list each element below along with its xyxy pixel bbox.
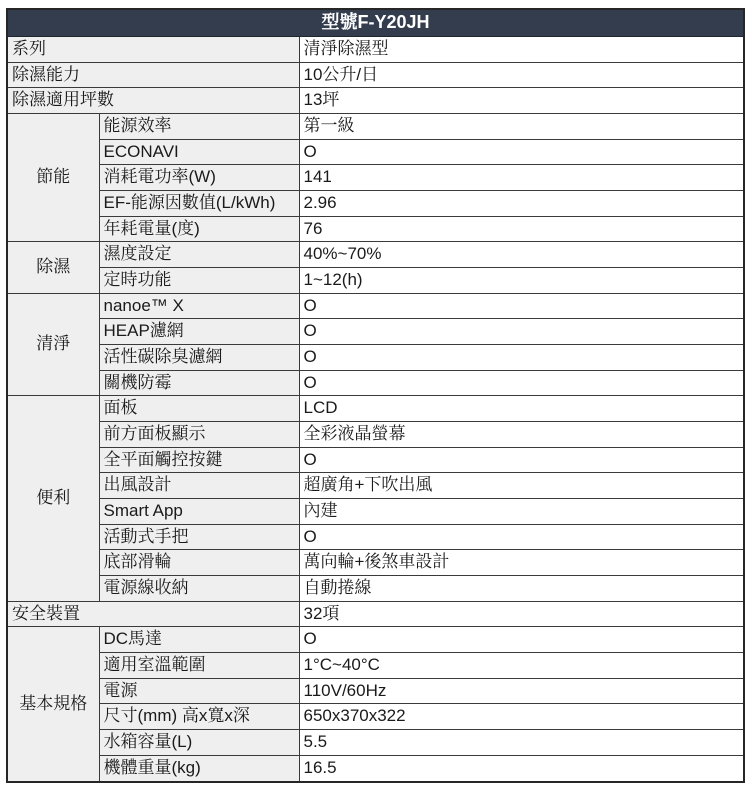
table-row: 水箱容量(L)5.5 (7, 730, 744, 756)
spec-value: 141 (299, 165, 744, 191)
spec-label: 年耗電量(度) (99, 216, 299, 242)
table-row: 適用室溫範圍1°C~40°C (7, 653, 744, 679)
spec-value: 650x370x322 (299, 704, 744, 730)
table-title: 型號F-Y20JH (7, 9, 744, 37)
table-row: 活性碳除臭濾網O (7, 345, 744, 371)
table-row: 關機防霉O (7, 370, 744, 396)
table-row: 定時功能1~12(h) (7, 268, 744, 294)
spec-value: O (299, 139, 744, 165)
table-row: 安全裝置32項 (7, 601, 744, 627)
table-row: EF-能源因數值(L/kWh)2.96 (7, 191, 744, 217)
spec-value: 16.5 (299, 755, 744, 782)
spec-label: 除濕能力 (7, 62, 299, 88)
group-label: 節能 (7, 114, 99, 242)
table-row: 電源110V/60Hz (7, 678, 744, 704)
spec-label: 出風設計 (99, 473, 299, 499)
spec-value: O (299, 524, 744, 550)
spec-value: O (299, 627, 744, 653)
spec-value: 110V/60Hz (299, 678, 744, 704)
spec-value: 5.5 (299, 730, 744, 756)
table-row: 活動式手把O (7, 524, 744, 550)
spec-label: 電源 (99, 678, 299, 704)
table-row: 機體重量(kg)16.5 (7, 755, 744, 782)
table-row: 便利面板LCD (7, 396, 744, 422)
spec-value: O (299, 447, 744, 473)
table-row: ECONAVIO (7, 139, 744, 165)
spec-value: 10公升/日 (299, 62, 744, 88)
spec-value: 40%~70% (299, 242, 744, 268)
spec-label: Smart App (99, 499, 299, 525)
spec-label: 電源線收納 (99, 576, 299, 602)
spec-label: 活性碳除臭濾網 (99, 345, 299, 371)
table-row: HEAP濾網O (7, 319, 744, 345)
spec-label: EF-能源因數值(L/kWh) (99, 191, 299, 217)
spec-label: nanoe™ X (99, 293, 299, 319)
spec-label: 機體重量(kg) (99, 755, 299, 782)
spec-value: 全彩液晶螢幕 (299, 422, 744, 448)
spec-label: 消耗電功率(W) (99, 165, 299, 191)
spec-value: O (299, 293, 744, 319)
table-row: 前方面板顯示全彩液晶螢幕 (7, 422, 744, 448)
spec-value: 超廣角+下吹出風 (299, 473, 744, 499)
spec-label: 定時功能 (99, 268, 299, 294)
spec-label: 系列 (7, 37, 299, 63)
spec-label: HEAP濾網 (99, 319, 299, 345)
table-row: 出風設計超廣角+下吹出風 (7, 473, 744, 499)
spec-value: 自動捲線 (299, 576, 744, 602)
table-row: 全平面觸控按鍵O (7, 447, 744, 473)
spec-value: 32項 (299, 601, 744, 627)
spec-table-body: 系列清淨除濕型除濕能力10公升/日除濕適用坪數13坪節能能源效率第一級ECONA… (7, 37, 744, 783)
table-row: 基本規格DC馬達O (7, 627, 744, 653)
spec-value: 1~12(h) (299, 268, 744, 294)
spec-label: 面板 (99, 396, 299, 422)
spec-value: O (299, 319, 744, 345)
table-row: 尺寸(mm) 高x寬x深650x370x322 (7, 704, 744, 730)
spec-label: 除濕適用坪數 (7, 88, 299, 114)
spec-value: 萬向輪+後煞車設計 (299, 550, 744, 576)
group-label: 基本規格 (7, 627, 99, 782)
table-row: 消耗電功率(W)141 (7, 165, 744, 191)
spec-label: 活動式手把 (99, 524, 299, 550)
spec-label: 尺寸(mm) 高x寬x深 (99, 704, 299, 730)
table-row: 節能能源效率第一級 (7, 114, 744, 140)
table-header-row: 型號F-Y20JH (7, 9, 744, 37)
spec-value: 內建 (299, 499, 744, 525)
spec-label: DC馬達 (99, 627, 299, 653)
spec-value: O (299, 345, 744, 371)
spec-label: 濕度設定 (99, 242, 299, 268)
spec-label: 安全裝置 (7, 601, 299, 627)
spec-label: 底部滑輪 (99, 550, 299, 576)
table-row: 系列清淨除濕型 (7, 37, 744, 63)
spec-label: ECONAVI (99, 139, 299, 165)
table-row: 清淨nanoe™ XO (7, 293, 744, 319)
spec-label: 能源效率 (99, 114, 299, 140)
spec-value: 第一級 (299, 114, 744, 140)
spec-label: 適用室溫範圍 (99, 653, 299, 679)
group-label: 除濕 (7, 242, 99, 293)
spec-value: O (299, 370, 744, 396)
table-row: Smart App內建 (7, 499, 744, 525)
spec-table: 型號F-Y20JH 系列清淨除濕型除濕能力10公升/日除濕適用坪數13坪節能能源… (6, 8, 745, 783)
spec-value: 2.96 (299, 191, 744, 217)
table-row: 除濕濕度設定40%~70% (7, 242, 744, 268)
spec-value: 1°C~40°C (299, 653, 744, 679)
spec-label: 關機防霉 (99, 370, 299, 396)
spec-value: LCD (299, 396, 744, 422)
table-row: 除濕能力10公升/日 (7, 62, 744, 88)
table-row: 年耗電量(度)76 (7, 216, 744, 242)
spec-value: 清淨除濕型 (299, 37, 744, 63)
spec-value: 76 (299, 216, 744, 242)
spec-label: 水箱容量(L) (99, 730, 299, 756)
group-label: 清淨 (7, 293, 99, 396)
spec-label: 前方面板顯示 (99, 422, 299, 448)
table-row: 除濕適用坪數13坪 (7, 88, 744, 114)
spec-label: 全平面觸控按鍵 (99, 447, 299, 473)
table-row: 底部滑輪萬向輪+後煞車設計 (7, 550, 744, 576)
spec-value: 13坪 (299, 88, 744, 114)
table-row: 電源線收納自動捲線 (7, 576, 744, 602)
group-label: 便利 (7, 396, 99, 601)
